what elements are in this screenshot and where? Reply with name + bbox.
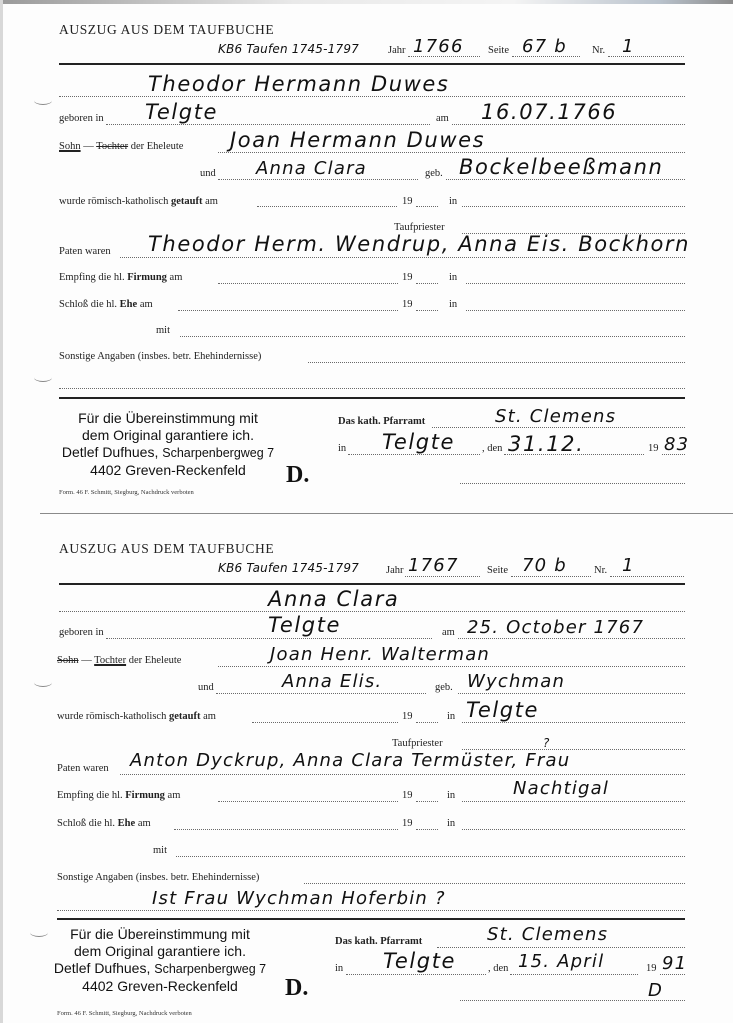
father-name[interactable]: Joan Hermann Duwes [230, 128, 485, 152]
signature-line [460, 483, 685, 484]
jahr-value[interactable]: 1766 [413, 36, 464, 57]
sohn-option[interactable]: Sohn [57, 655, 79, 666]
geboren-label: geboren in [59, 113, 104, 124]
initial-mark: D. [286, 462, 309, 489]
issue-year[interactable]: 91 [662, 953, 687, 974]
card-separator [40, 513, 733, 514]
seite-value[interactable]: 70 b [522, 555, 567, 576]
birth-date[interactable]: 25. October 1767 [467, 617, 644, 638]
pfarramt-label: Das kath. Pfarramt [335, 936, 422, 947]
issue-place[interactable]: Telgte [383, 949, 456, 973]
initial-mark: D. [285, 975, 308, 1002]
nr-value[interactable]: 1 [622, 36, 635, 57]
issue-date[interactable]: 31.12. [508, 432, 584, 456]
record-heading: AUSZUG AUS DEM TAUFBUCHE [59, 541, 274, 557]
geboren-label: geboren in [59, 627, 104, 638]
getauft-label: wurde römisch-katholisch getauft am [57, 711, 216, 722]
mit-label: mit [156, 325, 170, 336]
geb-label: geb. [425, 168, 443, 179]
seite-label: Seite [487, 565, 508, 576]
nr-label: Nr. [594, 565, 607, 576]
tochter-option[interactable]: Tochter [96, 141, 128, 152]
father-name[interactable]: Joan Henr. Walterman [270, 644, 490, 665]
scan-left-edge [0, 0, 3, 1023]
paten-label: Paten waren [59, 246, 111, 257]
birth-date[interactable]: 16.07.1766 [481, 100, 617, 124]
gender-line: Sohn — Tochter der Eheleute [57, 655, 181, 666]
ehe-label: Schloß die hl. Ehe am [57, 818, 151, 829]
source-handwritten: KB6 Taufen 1745-1797 [218, 42, 359, 56]
issue-place[interactable]: Telgte [382, 430, 455, 454]
child-name[interactable]: Anna Clara [268, 587, 399, 611]
divider [59, 583, 685, 585]
mit-label: mit [153, 845, 167, 856]
nr-label: Nr. [592, 45, 605, 56]
firmung-label: Empfing die hl. Firmung am [59, 272, 182, 283]
certification-stamp: Für die Übereinstimmung mit dem Original… [40, 926, 280, 995]
divider [59, 397, 685, 399]
priest-value[interactable]: ? [543, 736, 550, 750]
birthplace[interactable]: Telgte [145, 100, 218, 124]
signature: D [648, 980, 663, 1001]
baptism-place[interactable]: Telgte [466, 698, 539, 722]
seite-label: Seite [488, 45, 509, 56]
sonstige-label: Sonstige Angaben (insbes. betr. Ehehinde… [57, 872, 259, 883]
firmung-label: Empfing die hl. Firmung am [57, 790, 180, 801]
ehe-label: Schloß die hl. Ehe am [59, 299, 153, 310]
mother-maiden-name[interactable]: Wychman [467, 671, 565, 692]
child-name[interactable]: Theodor Hermann Duwes [148, 72, 449, 96]
issue-date[interactable]: 15. April [518, 951, 604, 972]
punch-hole [34, 678, 52, 687]
certification-stamp: Für die Übereinstimmung mit dem Original… [48, 410, 288, 479]
geb-label: geb. [435, 682, 453, 693]
godparents[interactable]: Theodor Herm. Wendrup, Anna Eis. Bockhor… [148, 232, 690, 256]
taufpriester-label: Taufpriester [392, 738, 443, 749]
mother-maiden-name[interactable]: Bockelbeeßmann [459, 155, 663, 179]
punch-hole [34, 373, 52, 382]
record-heading: AUSZUG AUS DEM TAUFBUCHE [59, 22, 274, 38]
sonstige-label: Sonstige Angaben (insbes. betr. Ehehinde… [59, 351, 261, 362]
am-label: am [436, 113, 449, 124]
gender-line: Sohn — Tochter der Eheleute [59, 141, 183, 152]
jahr-label: Jahr [388, 45, 406, 56]
mother-name[interactable]: Anna Elis. [282, 671, 382, 692]
am-label: am [442, 627, 455, 638]
form-note: Form. 46 F. Schmitt, Siegburg, Nachdruck… [57, 1010, 192, 1017]
divider [57, 918, 685, 920]
seite-value[interactable]: 67 b [522, 36, 567, 57]
und-label: und [198, 682, 214, 693]
pfarramt-label: Das kath. Pfarramt [338, 416, 425, 427]
paten-label: Paten waren [57, 763, 109, 774]
jahr-label: Jahr [386, 565, 404, 576]
godparents[interactable]: Anton Dyckrup, Anna Clara Termüster, Fra… [130, 750, 570, 771]
form-note: Form. 46 F. Schmitt, Siegburg, Nachdruck… [59, 489, 194, 496]
source-handwritten: KB6 Taufen 1745-1797 [218, 561, 359, 575]
und-label: und [200, 168, 216, 179]
getauft-label: wurde römisch-katholisch getauft am [59, 196, 218, 207]
punch-hole [34, 96, 52, 105]
other-notes[interactable]: Ist Frau Wychman Hoferbin ? [152, 888, 446, 909]
jahr-value[interactable]: 1767 [408, 555, 459, 576]
nr-value[interactable]: 1 [622, 555, 635, 576]
birthplace[interactable]: Telgte [268, 613, 341, 637]
tochter-option[interactable]: Tochter [94, 655, 126, 666]
scan-top-edge [0, 0, 733, 4]
divider [59, 63, 685, 65]
parish-name[interactable]: St. Clemens [487, 924, 608, 945]
sohn-option[interactable]: Sohn [59, 141, 81, 152]
issue-year[interactable]: 83 [664, 434, 689, 455]
godparents-continued[interactable]: Nachtigal [513, 778, 609, 799]
mother-name[interactable]: Anna Clara [256, 158, 367, 179]
parish-name[interactable]: St. Clemens [495, 406, 616, 427]
